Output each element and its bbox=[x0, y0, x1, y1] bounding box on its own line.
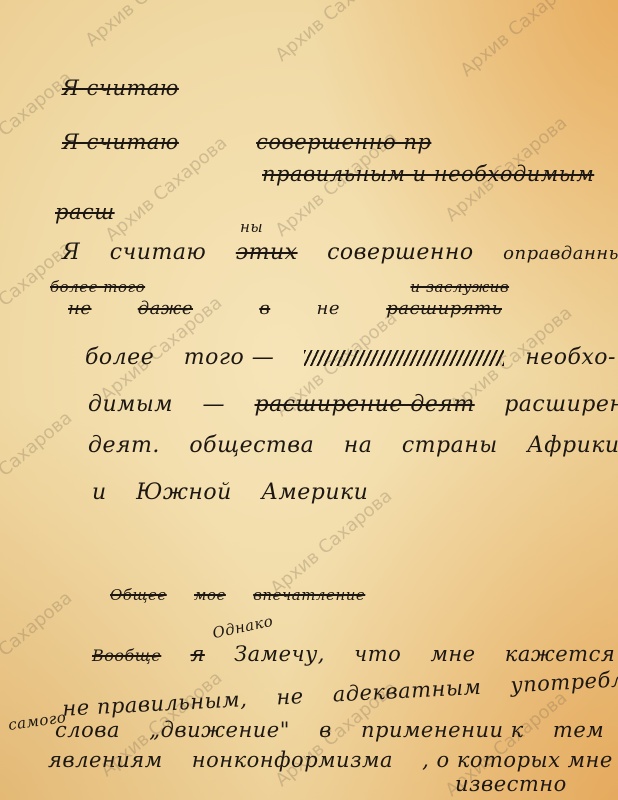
manuscript-line: явлениям нонконформизма , о которых мне bbox=[48, 748, 618, 772]
scribbled-out-word bbox=[304, 350, 504, 366]
word: оправданным bbox=[503, 243, 618, 264]
word: страны bbox=[402, 433, 498, 458]
word: применении к bbox=[361, 718, 524, 742]
word: тем bbox=[553, 718, 604, 742]
word: слова bbox=[55, 718, 120, 742]
struck-word: Вообще bbox=[92, 646, 161, 665]
word: необхо- bbox=[525, 345, 616, 370]
watermark: Архив Сахарова bbox=[0, 587, 76, 701]
word: не bbox=[276, 684, 304, 709]
manuscript-line: и Южной Америки bbox=[92, 480, 390, 505]
manuscript-line: димым — расширение деят расширение bbox=[88, 392, 618, 417]
struck-word: и заслужив bbox=[410, 278, 509, 296]
struck-word: Общее bbox=[110, 586, 167, 604]
word: , о которых мне bbox=[422, 748, 613, 772]
word: в bbox=[319, 718, 332, 742]
manuscript-page: Архив Сахарова Архив Сахарова Архив Саха… bbox=[0, 0, 618, 800]
word: — bbox=[203, 392, 226, 417]
manuscript-line: не правильным, не адекватным употреблени… bbox=[62, 663, 618, 720]
manuscript-line: деят. общества на страны Африки bbox=[88, 433, 618, 458]
struck-word: не bbox=[68, 298, 92, 319]
struck-word: мое bbox=[194, 586, 226, 604]
word: более bbox=[85, 345, 154, 370]
manuscript-line: Я считаю bbox=[62, 76, 201, 100]
word: мне bbox=[430, 642, 475, 666]
word: общества bbox=[189, 433, 314, 458]
struck-word: правильным и необходимым bbox=[262, 162, 594, 186]
word: „движение" bbox=[149, 718, 290, 742]
manuscript-line: не даже в не расширять bbox=[68, 298, 524, 319]
manuscript-line: Я считаю этих совершенно оправданным bbox=[62, 240, 618, 265]
word: Я bbox=[62, 240, 80, 265]
manuscript-line: Общее мое впечатление bbox=[110, 586, 387, 604]
manuscript-line: Вообще я Замечу, что мне кажется bbox=[92, 642, 618, 666]
word: димым bbox=[88, 392, 173, 417]
word: нонконформизма bbox=[192, 748, 393, 772]
word: явлениям bbox=[48, 748, 163, 772]
insertion: ны bbox=[240, 218, 263, 236]
word: считаю bbox=[110, 240, 207, 265]
word: Африки bbox=[527, 433, 618, 458]
word: Америки bbox=[261, 480, 368, 505]
manuscript-line: известно bbox=[455, 772, 589, 796]
insertion: Однако bbox=[211, 612, 275, 642]
word: не bbox=[316, 298, 340, 319]
manuscript-line: слова „движение" в применении к тем bbox=[55, 718, 618, 742]
struck-word: этих bbox=[236, 240, 298, 265]
word: Южной bbox=[136, 480, 232, 505]
inserted-word: Однако bbox=[211, 612, 275, 642]
word: употребление bbox=[510, 664, 618, 697]
word: не правильным, bbox=[62, 687, 248, 721]
manuscript-line: расш bbox=[55, 200, 137, 224]
struck-word: расш bbox=[55, 200, 115, 224]
struck-word: совершенно пр bbox=[256, 130, 431, 154]
struck-word: даже bbox=[138, 298, 193, 319]
watermark: Архив Сахарова bbox=[82, 0, 212, 51]
struck-word: я bbox=[190, 642, 204, 666]
struck-word: расширение деят bbox=[255, 392, 475, 417]
word: что bbox=[354, 642, 401, 666]
word: совершенно bbox=[327, 240, 474, 265]
word: того — bbox=[184, 345, 274, 370]
word: известно bbox=[455, 772, 567, 796]
word: деят. bbox=[88, 433, 160, 458]
manuscript-line: более того и заслужив bbox=[50, 278, 531, 296]
struck-word: впечатление bbox=[253, 586, 365, 604]
watermark: Архив Сахарова bbox=[0, 407, 76, 521]
manuscript-line: правильным и необходимым bbox=[262, 162, 616, 186]
word: расширение bbox=[504, 392, 618, 417]
watermark: Архив Сахарова bbox=[272, 0, 402, 66]
manuscript-line: более того — необхо- bbox=[85, 345, 618, 370]
struck-word: Я считаю bbox=[62, 130, 179, 154]
manuscript-line: Я считаю совершенно пр bbox=[62, 130, 453, 154]
word: на bbox=[344, 433, 373, 458]
word: кажется bbox=[505, 642, 615, 666]
struck-word: расширять bbox=[386, 298, 502, 319]
struck-word: Я считаю bbox=[62, 76, 179, 100]
struck-word: в bbox=[259, 298, 270, 319]
word: и bbox=[92, 480, 107, 505]
word: адекватным bbox=[332, 675, 482, 707]
inserted-word: ны bbox=[240, 218, 263, 236]
struck-word: более того bbox=[50, 278, 145, 296]
watermark: Архив Сахарова bbox=[457, 0, 587, 81]
word: Замечу, bbox=[234, 642, 325, 666]
